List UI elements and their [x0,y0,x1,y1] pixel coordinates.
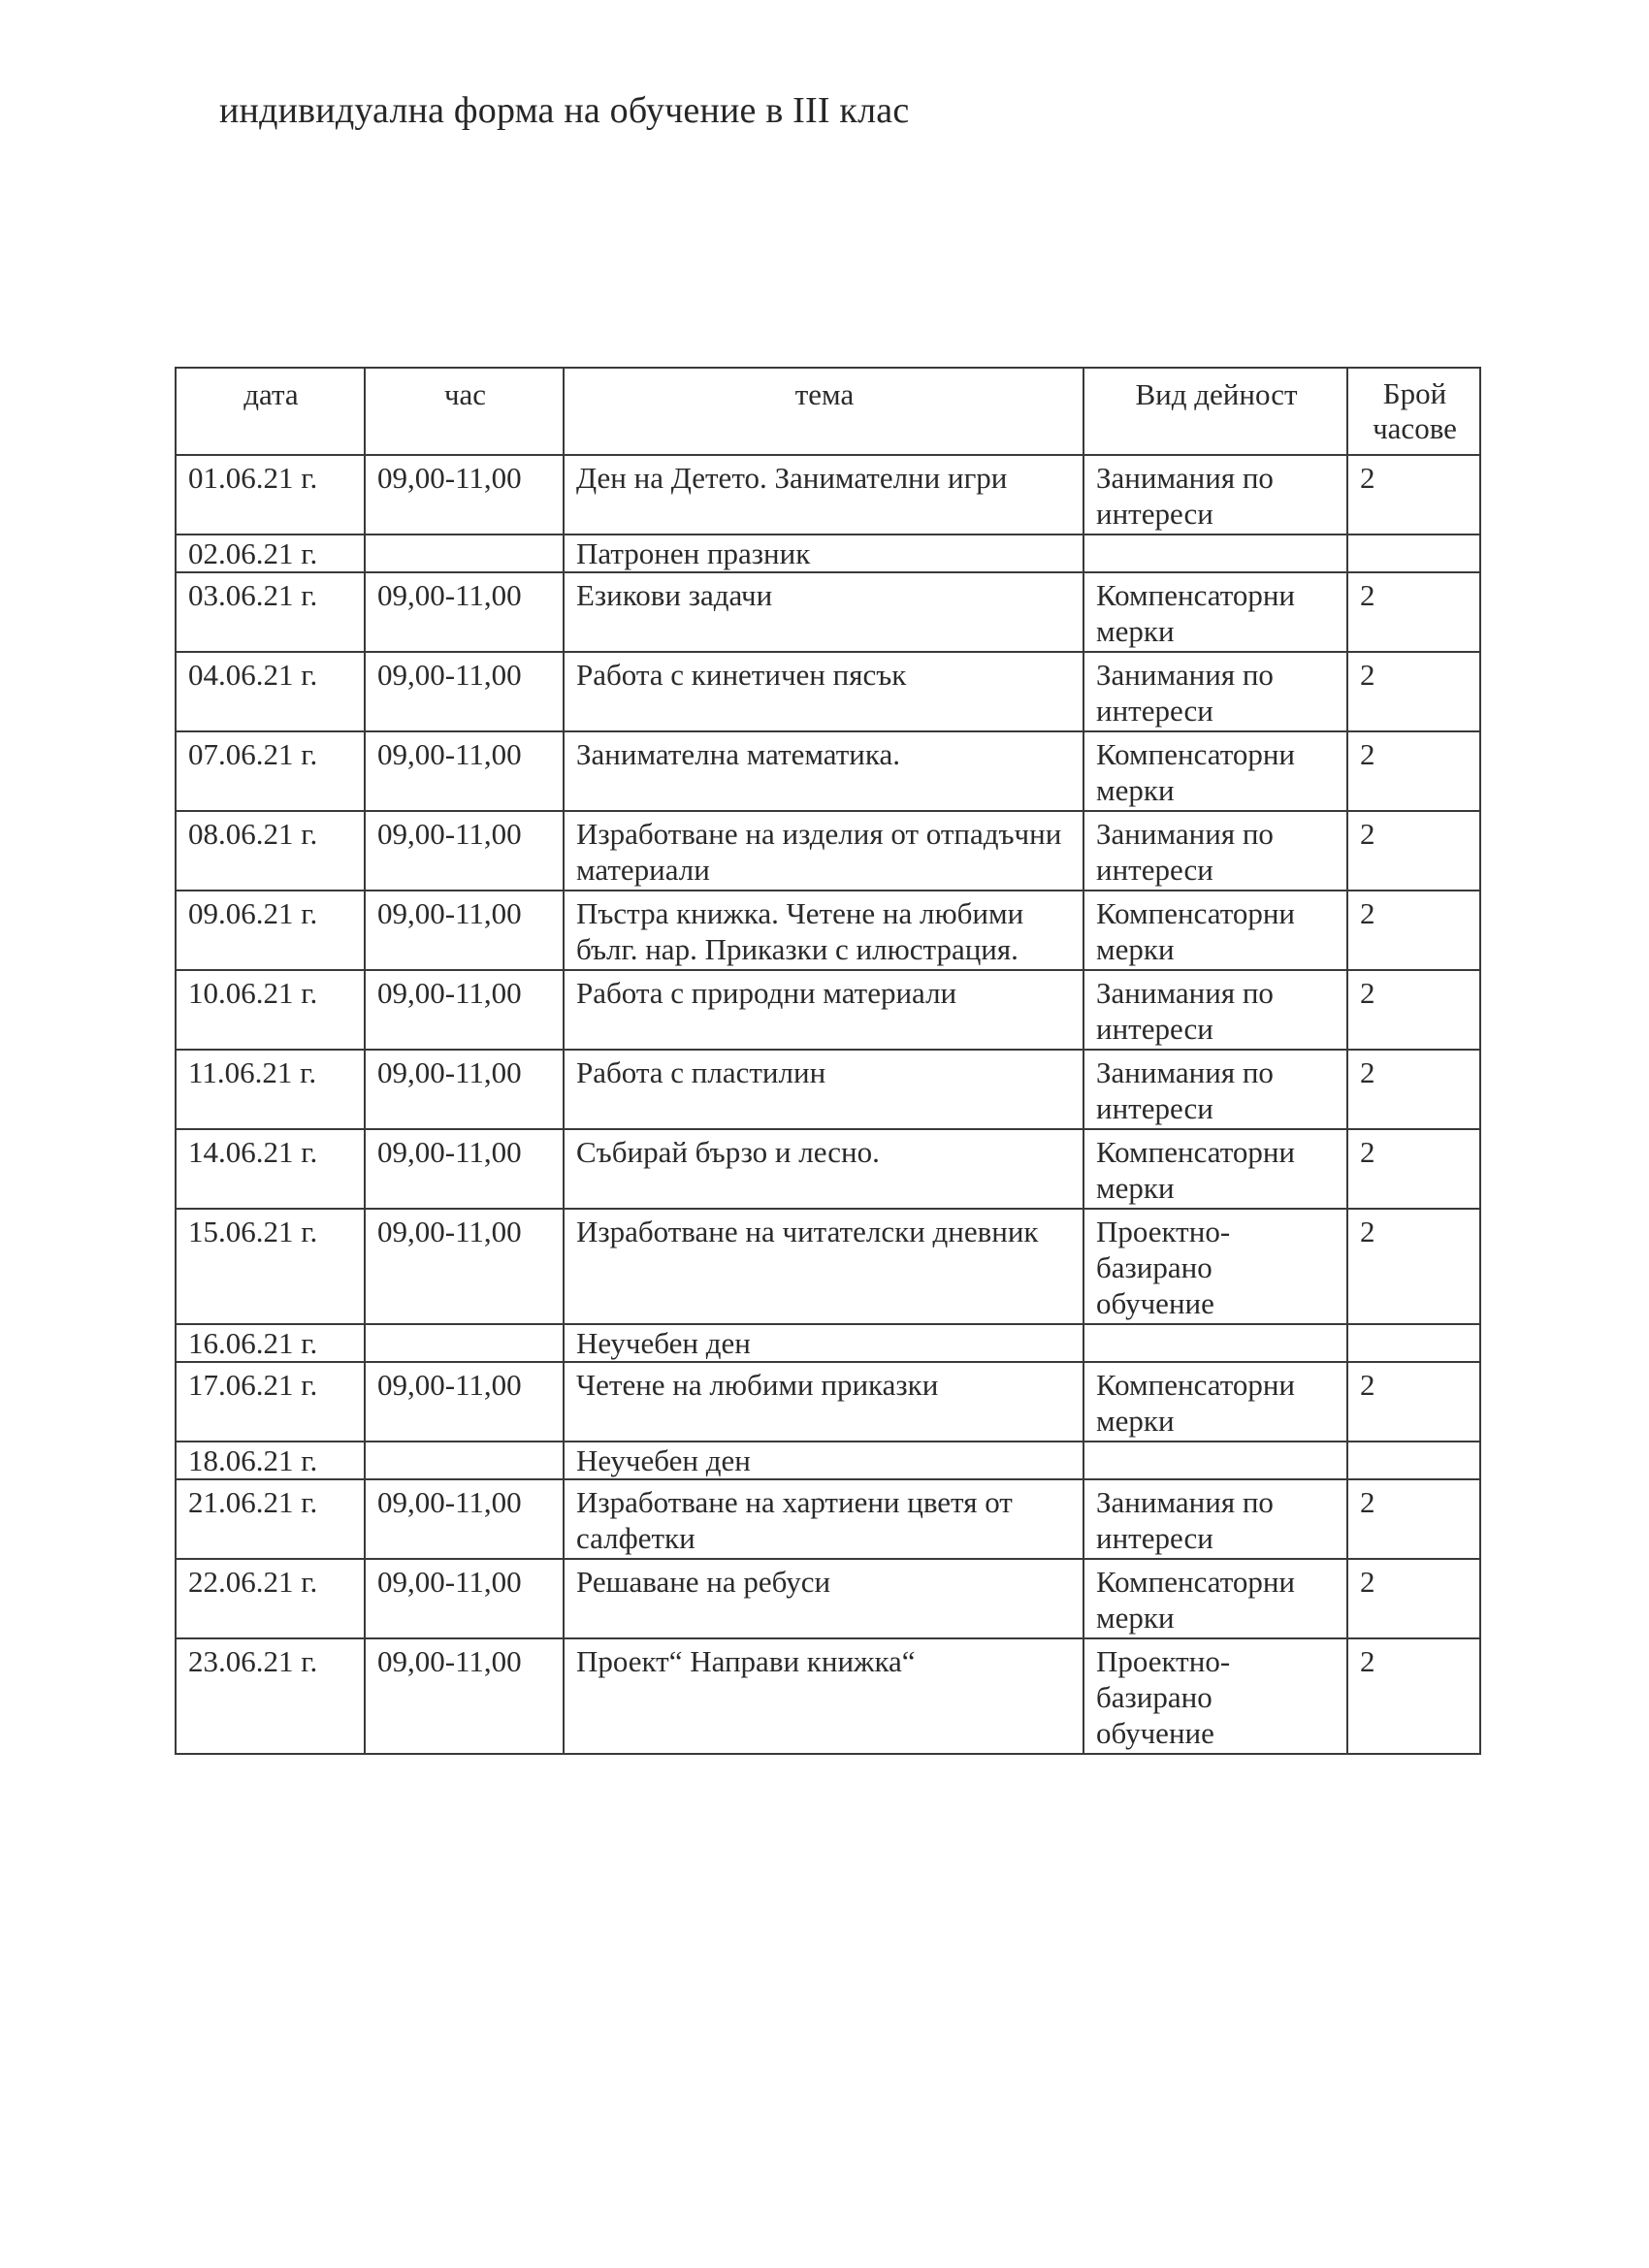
cell-date: 09.06.21 г. [176,891,365,970]
cell-hours: 2 [1347,891,1480,970]
cell-time: 09,00-11,00 [365,455,564,535]
cell-hours [1347,1442,1480,1479]
cell-activity-type [1083,1324,1347,1362]
table-row: 21.06.21 г. 09,00-11,00 Изработване на х… [176,1479,1480,1559]
cell-time: 09,00-11,00 [365,1209,564,1324]
cell-topic: Проект“ Направи книжка“ [564,1638,1083,1754]
table-row: 02.06.21 г. Патронен празник [176,535,1480,572]
page-title: индивидуална форма на обучение в III кла… [219,89,909,132]
cell-time: 09,00-11,00 [365,1479,564,1559]
cell-topic: Изработване на изделия от отпадъчни мате… [564,811,1083,891]
cell-time [365,1324,564,1362]
cell-time: 09,00-11,00 [365,811,564,891]
cell-hours: 2 [1347,731,1480,811]
cell-activity-type: Занимания по интереси [1083,652,1347,731]
header-date: дата [176,368,365,455]
cell-time: 09,00-11,00 [365,1638,564,1754]
header-topic: тема [564,368,1083,455]
cell-date: 21.06.21 г. [176,1479,365,1559]
cell-date: 02.06.21 г. [176,535,365,572]
cell-date: 14.06.21 г. [176,1129,365,1209]
cell-topic: Решаване на ребуси [564,1559,1083,1638]
cell-activity-type [1083,535,1347,572]
cell-time: 09,00-11,00 [365,572,564,652]
table-row: 04.06.21 г. 09,00-11,00 Работа с кинетич… [176,652,1480,731]
cell-date: 03.06.21 г. [176,572,365,652]
cell-hours: 2 [1347,1050,1480,1129]
cell-date: 10.06.21 г. [176,970,365,1050]
cell-hours: 2 [1347,652,1480,731]
cell-hours: 2 [1347,1638,1480,1754]
header-hours: Брой часове [1347,368,1480,455]
cell-activity-type: Проектно-базирано обучение [1083,1209,1347,1324]
cell-time: 09,00-11,00 [365,891,564,970]
cell-topic: Четене на любими приказки [564,1362,1083,1442]
cell-time: 09,00-11,00 [365,1129,564,1209]
cell-hours: 2 [1347,1209,1480,1324]
cell-hours: 2 [1347,1362,1480,1442]
cell-date: 04.06.21 г. [176,652,365,731]
cell-hours: 2 [1347,970,1480,1050]
cell-time: 09,00-11,00 [365,731,564,811]
cell-date: 08.06.21 г. [176,811,365,891]
table-row: 22.06.21 г. 09,00-11,00 Решаване на ребу… [176,1559,1480,1638]
cell-topic: Работа с кинетичен пясък [564,652,1083,731]
cell-topic: Събирай бързо и лесно. [564,1129,1083,1209]
cell-time [365,535,564,572]
cell-activity-type: Занимания по интереси [1083,811,1347,891]
cell-hours: 2 [1347,572,1480,652]
cell-date: 01.06.21 г. [176,455,365,535]
cell-activity-type: Проектно-базирано обучение [1083,1638,1347,1754]
cell-hours: 2 [1347,1559,1480,1638]
table-row: 16.06.21 г. Неучебен ден [176,1324,1480,1362]
cell-topic: Работа с пластилин [564,1050,1083,1129]
cell-topic: Неучебен ден [564,1442,1083,1479]
cell-activity-type: Занимания по интереси [1083,455,1347,535]
cell-date: 16.06.21 г. [176,1324,365,1362]
table-row: 10.06.21 г. 09,00-11,00 Работа с природн… [176,970,1480,1050]
cell-activity-type: Компенсаторни мерки [1083,731,1347,811]
header-time: час [365,368,564,455]
cell-time: 09,00-11,00 [365,1362,564,1442]
cell-date: 07.06.21 г. [176,731,365,811]
cell-date: 22.06.21 г. [176,1559,365,1638]
cell-topic: Изработване на читателски дневник [564,1209,1083,1324]
cell-time: 09,00-11,00 [365,652,564,731]
cell-time: 09,00-11,00 [365,970,564,1050]
cell-topic: Занимателна математика. [564,731,1083,811]
cell-activity-type: Занимания по интереси [1083,1050,1347,1129]
cell-activity-type: Компенсаторни мерки [1083,1559,1347,1638]
table-header-row: дата час тема Вид дейност Брой часове [176,368,1480,455]
cell-date: 23.06.21 г. [176,1638,365,1754]
table-row: 09.06.21 г. 09,00-11,00 Пъстра книжка. Ч… [176,891,1480,970]
cell-date: 11.06.21 г. [176,1050,365,1129]
cell-topic: Пъстра книжка. Четене на любими бълг. на… [564,891,1083,970]
cell-hours: 2 [1347,811,1480,891]
cell-time: 09,00-11,00 [365,1050,564,1129]
cell-activity-type: Компенсаторни мерки [1083,1129,1347,1209]
cell-time: 09,00-11,00 [365,1559,564,1638]
table-row: 18.06.21 г. Неучебен ден [176,1442,1480,1479]
cell-hours [1347,535,1480,572]
table-row: 11.06.21 г. 09,00-11,00 Работа с пластил… [176,1050,1480,1129]
table-row: 01.06.21 г. 09,00-11,00 Ден на Детето. З… [176,455,1480,535]
cell-time [365,1442,564,1479]
cell-activity-type: Занимания по интереси [1083,970,1347,1050]
cell-topic: Работа с природни материали [564,970,1083,1050]
header-activity-type: Вид дейност [1083,368,1347,455]
cell-topic: Ден на Детето. Занимателни игри [564,455,1083,535]
cell-activity-type: Компенсаторни мерки [1083,572,1347,652]
table-row: 17.06.21 г. 09,00-11,00 Четене на любими… [176,1362,1480,1442]
cell-topic: Патронен празник [564,535,1083,572]
cell-activity-type: Занимания по интереси [1083,1479,1347,1559]
table-row: 14.06.21 г. 09,00-11,00 Събирай бързо и … [176,1129,1480,1209]
schedule-table: дата час тема Вид дейност Брой часове 01… [175,367,1481,1755]
table-row: 23.06.21 г. 09,00-11,00 Проект“ Направи … [176,1638,1480,1754]
table-row: 08.06.21 г. 09,00-11,00 Изработване на и… [176,811,1480,891]
cell-topic: Неучебен ден [564,1324,1083,1362]
table-row: 15.06.21 г. 09,00-11,00 Изработване на ч… [176,1209,1480,1324]
cell-hours [1347,1324,1480,1362]
cell-hours: 2 [1347,1479,1480,1559]
cell-hours: 2 [1347,1129,1480,1209]
cell-date: 17.06.21 г. [176,1362,365,1442]
cell-date: 15.06.21 г. [176,1209,365,1324]
cell-topic: Изработване на хартиени цветя от салфетк… [564,1479,1083,1559]
cell-topic: Езикови задачи [564,572,1083,652]
cell-activity-type: Компенсаторни мерки [1083,1362,1347,1442]
table-row: 03.06.21 г. 09,00-11,00 Езикови задачи К… [176,572,1480,652]
cell-activity-type [1083,1442,1347,1479]
cell-date: 18.06.21 г. [176,1442,365,1479]
table-row: 07.06.21 г. 09,00-11,00 Занимателна мате… [176,731,1480,811]
cell-activity-type: Компенсаторни мерки [1083,891,1347,970]
cell-hours: 2 [1347,455,1480,535]
